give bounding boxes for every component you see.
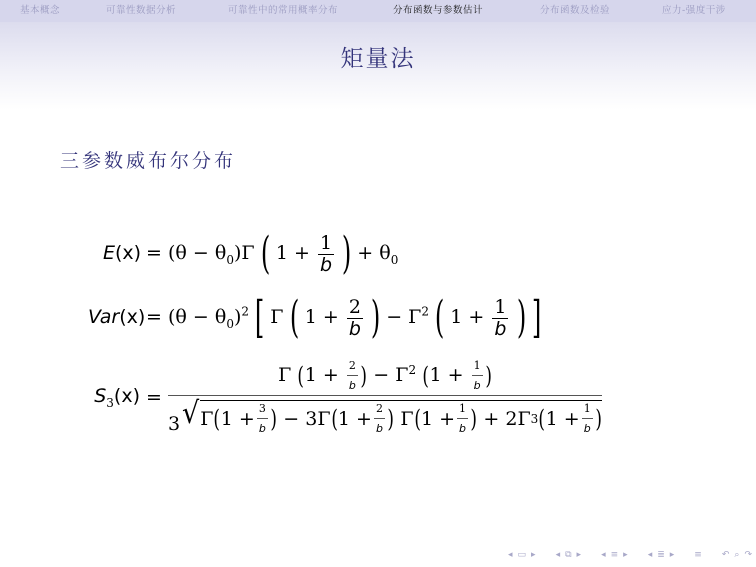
radical-sign: √ [182, 400, 199, 435]
doc-prev-icon[interactable]: ◂ [648, 550, 653, 560]
left-paren: ( [260, 232, 269, 276]
toc-icon[interactable]: ≡ [694, 550, 702, 560]
right-bracket: ] [532, 296, 541, 340]
equation-mean: E(x) = (θ − θ0)Γ ( 1 + 1 b ) + θ0 [103, 232, 398, 276]
skewness-fraction: Γ (1 + 2b) − Γ2 (1 + 1b) 3 √ Γ (1 + 3b) … [168, 360, 602, 435]
beamer-navigation-controls: ◂ ▭ ▸ ◂ ⧉ ▸ ◂ ≡ ▸ ◂ ≣ ▸ ≡ ↶ ⌕ ↷ [508, 549, 752, 561]
subsection-prev-icon[interactable]: ◂ [556, 550, 561, 560]
equation-skewness: S3(x) = Γ (1 + 2b) − Γ2 (1 + 1b) 3 √ Γ (… [93, 360, 602, 435]
section-prev-icon[interactable]: ◂ [601, 550, 606, 560]
left-bracket: [ [255, 296, 264, 340]
denominator: 3 √ Γ (1 + 3b) − 3Γ (1 + 2b) Γ (1 + 1b) … [168, 395, 602, 435]
section-icon[interactable]: ≡ [611, 550, 619, 560]
section-navigation-bar: 基本概念 可靠性数据分析 可靠性中的常用概率分布 分布函数与参数估计 分布函数及… [0, 0, 756, 22]
nav-item-basic-concepts[interactable]: 基本概念 [20, 5, 60, 17]
nav-item-distribution-parameter-estimation[interactable]: 分布函数与参数估计 [393, 5, 483, 17]
subsection-next-icon[interactable]: ▸ [577, 550, 582, 560]
frame-icon[interactable]: ▭ [518, 550, 527, 560]
lhs-function: E [103, 242, 115, 264]
fraction: 2 b [347, 297, 363, 340]
right-paren: ) [342, 232, 351, 276]
numerator: Γ (1 + 2b) − Γ2 (1 + 1b) [278, 360, 492, 395]
fraction: 3b [257, 403, 268, 435]
search-icon[interactable]: ⌕ [734, 550, 739, 560]
equation-variance: Var(x) = (θ − θ0)2 [ Γ ( 1 + 2 b ) − Γ2 … [88, 296, 541, 340]
section-next-icon[interactable]: ▸ [623, 550, 628, 560]
fraction: 1b [457, 403, 468, 435]
fraction: 1b [472, 360, 483, 392]
nav-item-distribution-testing[interactable]: 分布函数及检验 [540, 5, 610, 17]
forward-icon[interactable]: ↷ [744, 550, 752, 560]
fraction: 1 b [318, 233, 334, 276]
frame-prev-icon[interactable]: ◂ [508, 550, 513, 560]
doc-next-icon[interactable]: ▸ [670, 550, 675, 560]
nav-item-common-distributions[interactable]: 可靠性中的常用概率分布 [228, 5, 338, 17]
fraction: 1b [582, 403, 593, 435]
section-heading: 三参数威布尔分布 [60, 146, 236, 173]
frame-next-icon[interactable]: ▸ [531, 550, 536, 560]
subsection-icon[interactable]: ⧉ [565, 550, 571, 560]
fraction: 2b [374, 403, 385, 435]
fraction: 1 b [492, 297, 508, 340]
back-icon[interactable]: ↶ [722, 550, 730, 560]
nav-item-reliability-data-analysis[interactable]: 可靠性数据分析 [106, 5, 176, 17]
nav-item-stress-strength-interference[interactable]: 应力-强度干涉 [662, 5, 726, 17]
fraction: 2b [347, 360, 358, 392]
frame-title: 矩量法 [0, 40, 756, 73]
square-root: √ Γ (1 + 3b) − 3Γ (1 + 2b) Γ (1 + 1b) + … [181, 400, 602, 435]
doc-icon[interactable]: ≣ [657, 550, 665, 560]
